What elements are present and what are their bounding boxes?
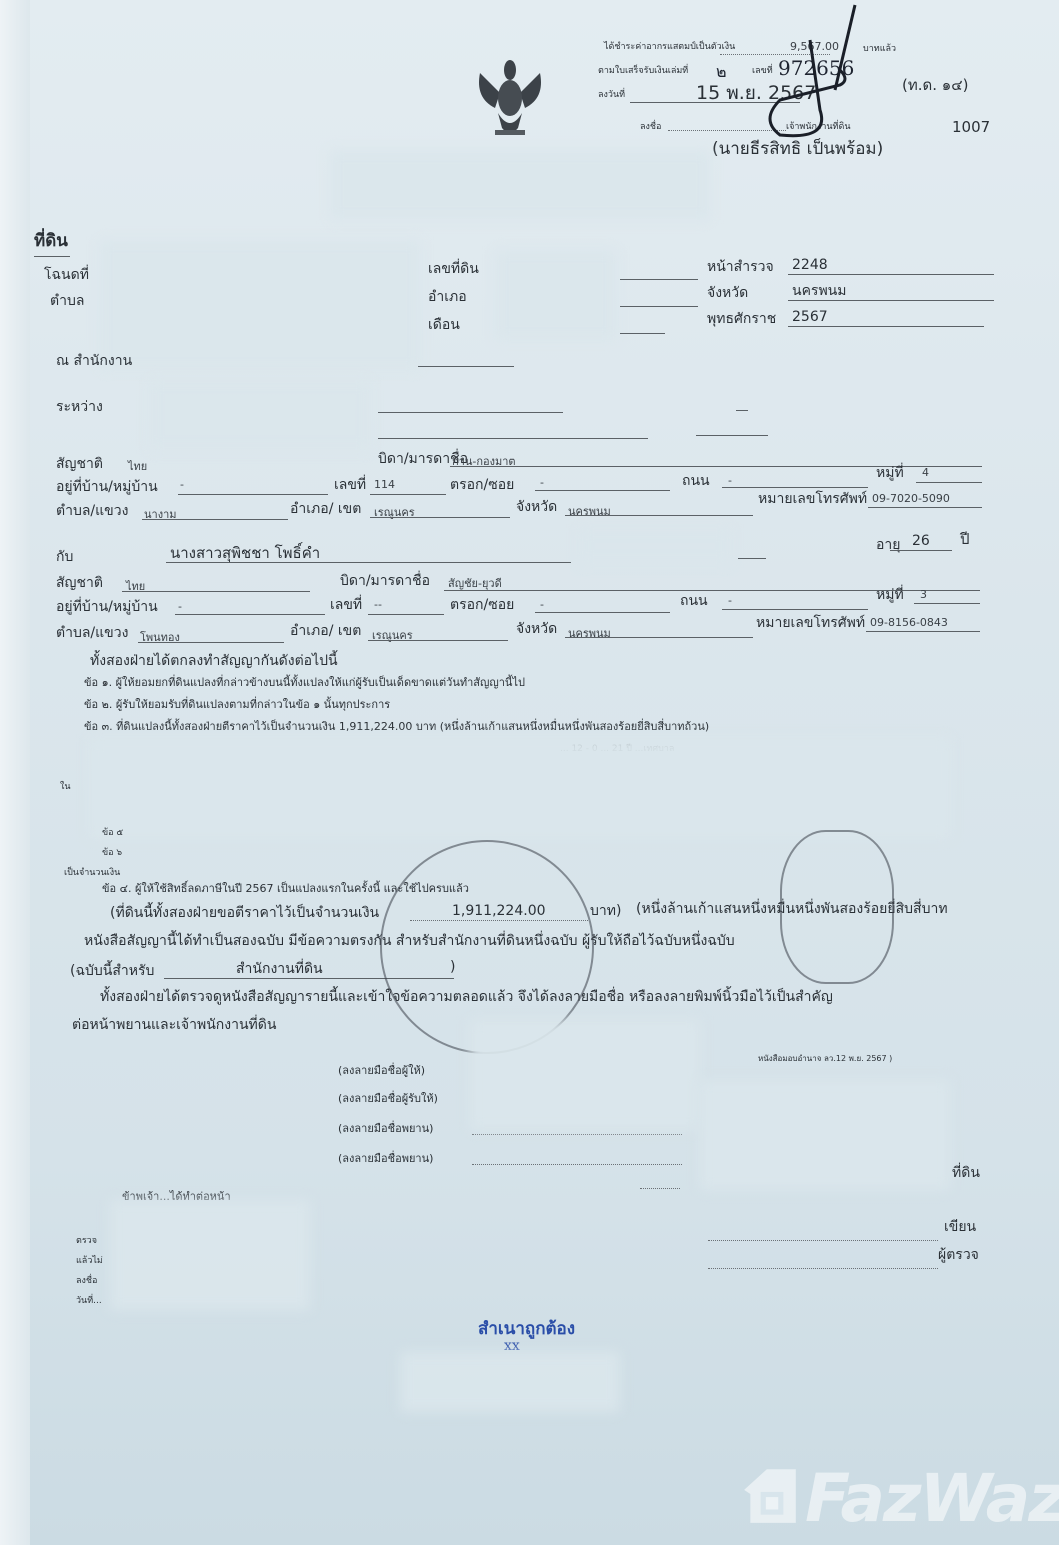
rule <box>620 333 665 334</box>
rule <box>736 410 748 411</box>
rule <box>370 494 446 495</box>
rule <box>722 609 868 610</box>
year-value: 2567 <box>792 308 828 326</box>
redacted-certifier <box>400 1352 620 1412</box>
footer-date-label: วันที่... <box>76 1292 102 1310</box>
sig-witness2-label: (ลงลายมือชื่อพยาน) <box>338 1150 433 1168</box>
p2-nationality: ไทย <box>126 577 145 595</box>
rule <box>565 637 753 638</box>
officer-signature-icon <box>740 0 880 150</box>
deed-label: โฉนดที่ <box>44 266 89 284</box>
p2-house-label: เลขที่ <box>330 596 362 614</box>
form-code: (ท.ด. ๑๔) <box>902 76 969 94</box>
p1-alley-label: ตรอก/ซอย <box>450 476 514 494</box>
document-page: ได้ชำระค่าอากรแสตมป์เป็นตัวเงิน 9,567.00… <box>0 0 1059 1545</box>
p1-province-label: จังหวัด <box>516 498 557 516</box>
p2-age: 26 <box>912 532 930 550</box>
redacted-p2-extra <box>580 528 730 564</box>
form-number: 1007 <box>952 118 990 136</box>
house-logo-icon <box>740 1463 802 1525</box>
redacted-signatures <box>470 1020 700 1130</box>
sig-witness1-line <box>472 1134 682 1135</box>
p2-district: เรณูนคร <box>372 626 413 644</box>
subdistrict-label: ตำบล <box>50 292 84 310</box>
footer-land-office: ที่ดิน <box>952 1164 980 1182</box>
rule <box>370 517 510 518</box>
p1-subdistrict: นางาม <box>144 505 177 523</box>
clause-1: ข้อ ๑. ผู้ให้ยอมยกที่ดินแปลงที่กล่าวข้าง… <box>84 674 525 692</box>
redacted-officer <box>700 1080 950 1190</box>
survey-page-value: 2248 <box>792 256 828 274</box>
p2-subdistrict: โพนทอง <box>140 628 180 646</box>
p2-province: นครพนม <box>568 624 611 642</box>
tax-paid-label: ได้ชำระค่าอากรแสตมป์เป็นตัวเงิน <box>604 38 735 56</box>
clause-2: ข้อ ๒. ผู้รับให้ยอมรับที่ดินแปลงตามที่กล… <box>84 696 390 714</box>
garuda-emblem-icon <box>470 58 550 143</box>
p2-road-label: ถนน <box>680 592 708 610</box>
redacted-title <box>330 150 710 220</box>
province-label: จังหวัด <box>707 284 748 302</box>
clause-b-label: ข้อ ๖ <box>102 844 122 862</box>
rule <box>138 642 284 643</box>
rule <box>378 438 648 439</box>
copy-for-value: สำนักงานที่ดิน <box>236 960 323 978</box>
rule <box>122 591 310 592</box>
p2-moo-label: หมู่ที่ <box>876 586 904 604</box>
p1-province: นครพนม <box>568 502 611 520</box>
rule <box>175 614 325 615</box>
clause-marker: ใน <box>60 778 71 796</box>
rule <box>866 631 980 632</box>
year-label: พุทธศักราช <box>707 310 776 328</box>
sig-witness2-line <box>472 1164 682 1165</box>
at-label: ณ สำนักงาน <box>56 352 132 370</box>
sig-receiver-label: (ลงลายมือชื่อผู้รับให้) <box>338 1090 438 1108</box>
land-section-title: ที่ดิน <box>34 232 68 250</box>
sig-witness1-label: (ลงลายมือชื่อพยาน) <box>338 1120 433 1138</box>
p1-district: เรณูนคร <box>374 503 415 521</box>
district-label: อำเภอ <box>428 288 467 306</box>
p2-alley-label: ตรอก/ซอย <box>450 596 514 614</box>
rule <box>696 435 768 436</box>
rule <box>788 326 984 327</box>
check-label: ตรวจ <box>76 1232 97 1250</box>
p2-house-no: -- <box>374 598 382 611</box>
rule <box>535 612 670 613</box>
date-label: ลงวันที่ <box>598 86 625 104</box>
redacted-parcel <box>496 250 616 340</box>
footer-sign-label: ลงชื่อ <box>76 1272 97 1290</box>
rule <box>535 490 670 491</box>
rule <box>708 1240 938 1241</box>
watermark-brand: FazWaz <box>805 1460 1059 1537</box>
rule <box>640 1188 680 1189</box>
rule <box>565 515 753 516</box>
price-unit: บาท) <box>590 902 621 920</box>
parcel-label: เลขที่ดิน <box>428 260 479 278</box>
p2-road: - <box>728 594 732 607</box>
clause-a-label: ข้อ ๕ <box>102 824 123 842</box>
price-label: (ที่ดินนี้ทั้งสองฝ่ายขอตีราคาไว้เป็นจำนว… <box>110 904 379 922</box>
p2-parents-label: บิดา/มารดาชื่อ <box>340 572 430 590</box>
p1-village-label: อยู่ที่บ้าน/หมู่บ้าน <box>56 478 158 496</box>
p2-village-label: อยู่ที่บ้าน/หมู่บ้าน <box>56 598 158 616</box>
p2-age-label: อายุ <box>876 536 900 554</box>
month-label: เดือน <box>428 316 460 334</box>
rule <box>418 366 514 367</box>
rule <box>738 558 766 559</box>
p2-phone: 09-8156-0843 <box>870 616 948 629</box>
paper-edge <box>0 0 30 1545</box>
footer-writer: เขียน <box>944 1218 976 1236</box>
rule <box>368 614 444 615</box>
p1-nationality: ไทย <box>128 457 147 475</box>
province-value: นครพนม <box>792 282 846 300</box>
p2-age-unit: ปี <box>960 530 970 548</box>
rule <box>722 487 868 488</box>
rule <box>914 603 980 604</box>
clause-3: ข้อ ๓. ที่ดินแปลงนี้ทั้งสองฝ่ายตีราคาไว้… <box>84 718 709 736</box>
then-label: แล้วไม่ <box>76 1252 103 1270</box>
rule <box>378 412 563 413</box>
p1-moo-label: หมู่ที่ <box>876 464 904 482</box>
p1-house-label: เลขที่ <box>334 476 366 494</box>
p1-district-label: อำเภอ/ เขต <box>290 500 361 518</box>
rule <box>178 494 328 495</box>
p2-village: - <box>178 600 182 613</box>
rule <box>788 274 994 275</box>
p2-with-label: กับ <box>56 548 73 566</box>
seal-stamp-right <box>780 830 894 984</box>
rule <box>868 507 982 508</box>
p1-subdistrict-label: ตำบล/แขวง <box>56 502 128 520</box>
p1-road: - <box>728 474 732 487</box>
p1-moo: 4 <box>922 466 929 479</box>
terms-intro: ทั้งสองฝ่ายได้ตกลงทำสัญญากันดังต่อไปนี้ <box>90 652 338 670</box>
rule <box>620 279 698 280</box>
p1-alley: - <box>540 476 544 489</box>
footer-inspector: ผู้ตรวจ <box>938 1246 979 1264</box>
sig-giver-label: (ลงลายมือชื่อผู้ให้) <box>338 1062 425 1080</box>
p1-village: - <box>180 478 184 491</box>
witness-line: ต่อหน้าพยานและเจ้าพนักงานที่ดิน <box>72 1016 276 1034</box>
p1-parents: ก้าน-กองมาต <box>452 452 516 470</box>
copy-for-label: (ฉบับนี้สำหรับ <box>70 962 154 980</box>
p2-phone-label: หมายเลขโทรศัพท์ <box>756 614 865 632</box>
p2-moo: 3 <box>920 588 927 601</box>
p2-subdistrict-label: ตำบล/แขวง <box>56 624 128 642</box>
survey-page-label: หน้าสำรวจ <box>707 258 774 276</box>
rule <box>142 519 288 520</box>
redacted-land-details <box>100 240 420 370</box>
p2-district-label: อำเภอ/ เขต <box>290 622 361 640</box>
between-label: ระหว่าง <box>56 398 103 416</box>
p1-house-no: 114 <box>374 478 395 491</box>
rule <box>788 300 994 301</box>
p2-province-label: จังหวัด <box>516 620 557 638</box>
rule <box>166 562 571 563</box>
p2-nationality-label: สัญชาติ <box>56 574 103 592</box>
redacted-clauses <box>90 738 950 838</box>
p1-road-label: ถนน <box>682 472 710 490</box>
rule <box>368 640 508 641</box>
p1-nationality-label: สัญชาติ <box>56 455 103 473</box>
rule <box>708 1268 938 1269</box>
rule <box>890 550 952 551</box>
p2-alley: - <box>540 598 544 611</box>
p1-phone: 09-7020-5090 <box>872 492 950 505</box>
receipt-label: ตามใบเสร็จรับเงินเล่มที่ <box>598 62 688 80</box>
p1-phone-label: หมายเลขโทรศัพท์ <box>758 490 867 508</box>
redacted-party1-name <box>150 380 370 450</box>
title-underline <box>34 256 70 257</box>
rule <box>620 306 698 307</box>
poa-note: หนังสือมอบอำนาจ ลว.12 พ.ย. 2567 ) <box>758 1050 892 1068</box>
redacted-footer-left <box>110 1200 310 1310</box>
certified-copy-stamp: สำเนาถูกต้อง <box>478 1315 575 1342</box>
sign-label: ลงชื่อ <box>640 118 661 136</box>
rule <box>916 482 982 483</box>
p2-name: นางสาวสุพิชชา โพธิ์คำ <box>170 544 320 562</box>
